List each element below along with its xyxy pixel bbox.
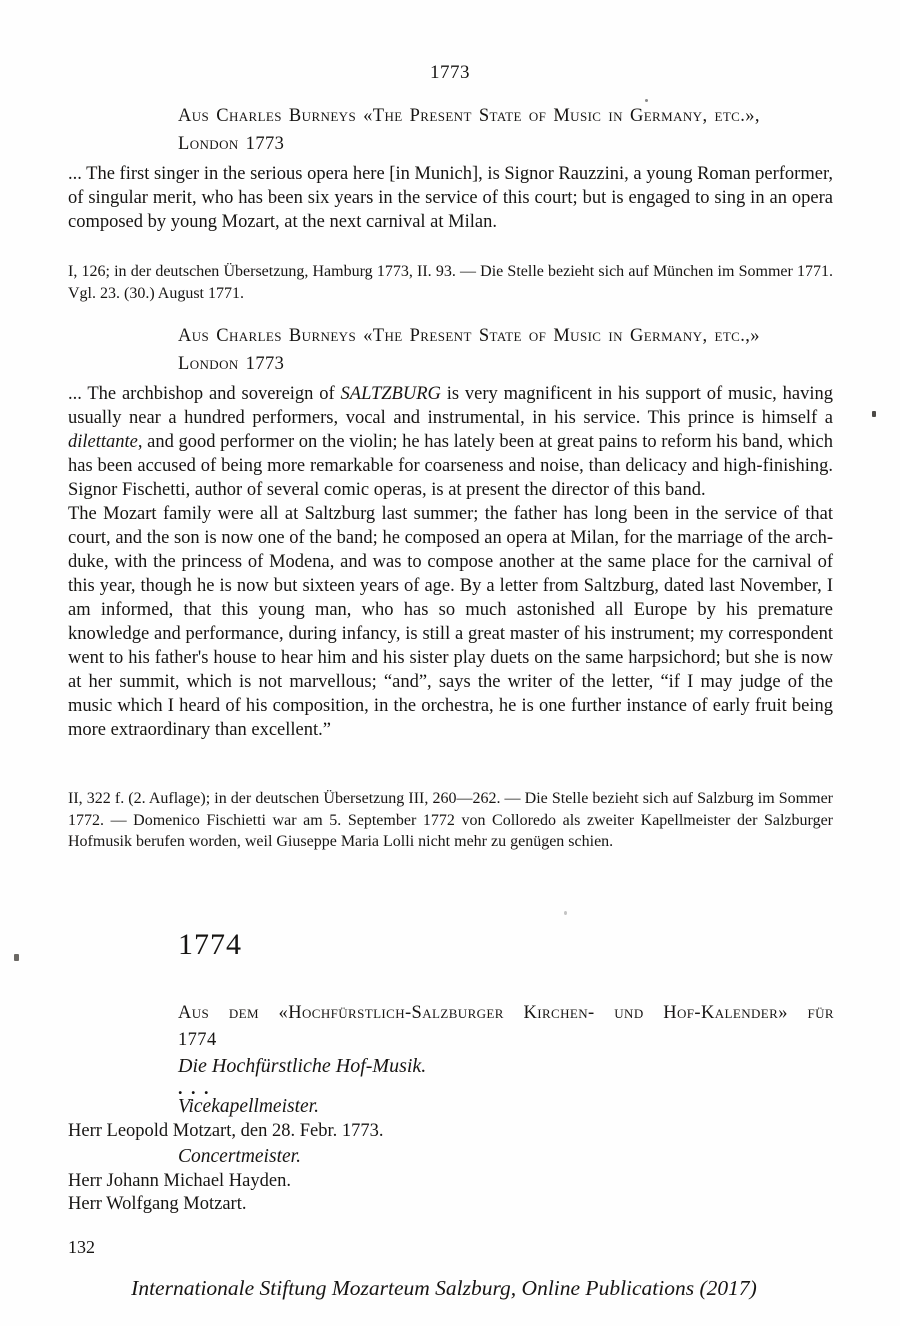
quote-paragraph-munich: ... The first singer in the serious oper… <box>68 162 833 234</box>
footnote-salzburg: II, 322 f. (2. Auflage); in der deutsche… <box>68 788 833 853</box>
running-head-year: 1773 <box>0 62 900 84</box>
scan-artifact <box>645 99 648 102</box>
publication-footer: Internationale Stiftung Mozarteum Salzbu… <box>0 1276 888 1301</box>
paragraph-archbishop: ... The archbishop and sovereign of SALT… <box>68 382 833 502</box>
scanned-book-page: 1773 Aus Charles Burneys «The Present St… <box>0 0 900 1326</box>
role-concertmeister: Concertmeister. <box>178 1146 301 1168</box>
scan-artifact <box>14 954 19 961</box>
source-heading-line1: Aus Charles Burneys «The Present State o… <box>178 102 838 130</box>
name-leopold-motzart: Herr Leopold Motzart, den 28. Febr. 1773… <box>68 1121 383 1142</box>
source-heading-burney-salzburg: Aus Charles Burneys «The Present State o… <box>178 322 838 378</box>
name-wolfgang-motzart: Herr Wolfgang Motzart. <box>68 1194 247 1215</box>
source-heading-line1: Aus dem «Hochfürstlich-Salzburger Kirche… <box>178 1000 834 1027</box>
source-heading-kalender: Aus dem «Hochfürstlich-Salzburger Kirche… <box>178 1000 834 1054</box>
section-year-heading: 1774 <box>178 928 242 962</box>
role-vicekapellmeister: Vicekapellmeister. <box>178 1096 319 1118</box>
source-heading-burney-munich: Aus Charles Burneys «The Present State o… <box>178 102 838 158</box>
scan-artifact <box>872 411 876 417</box>
name-michael-hayden: Herr Johann Michael Hayden. <box>68 1171 291 1192</box>
paragraph-mozart-family: The Mozart family were all at Saltzburg … <box>68 502 833 742</box>
source-heading-line2: 1774 <box>178 1027 834 1054</box>
footnote-munich: I, 126; in der deutschen Übersetzung, Ha… <box>68 261 833 304</box>
quote-paragraphs-salzburg: ... The archbishop and sovereign of SALT… <box>68 382 833 742</box>
source-heading-line1: Aus Charles Burneys «The Present State o… <box>178 322 838 350</box>
scan-artifact <box>564 911 567 915</box>
source-heading-line2: London 1773 <box>178 350 838 378</box>
page-number: 132 <box>68 1237 95 1258</box>
hofmusik-subtitle: Die Hochfürstliche Hof-Musik. <box>178 1055 426 1078</box>
source-heading-line2: London 1773 <box>178 130 838 158</box>
